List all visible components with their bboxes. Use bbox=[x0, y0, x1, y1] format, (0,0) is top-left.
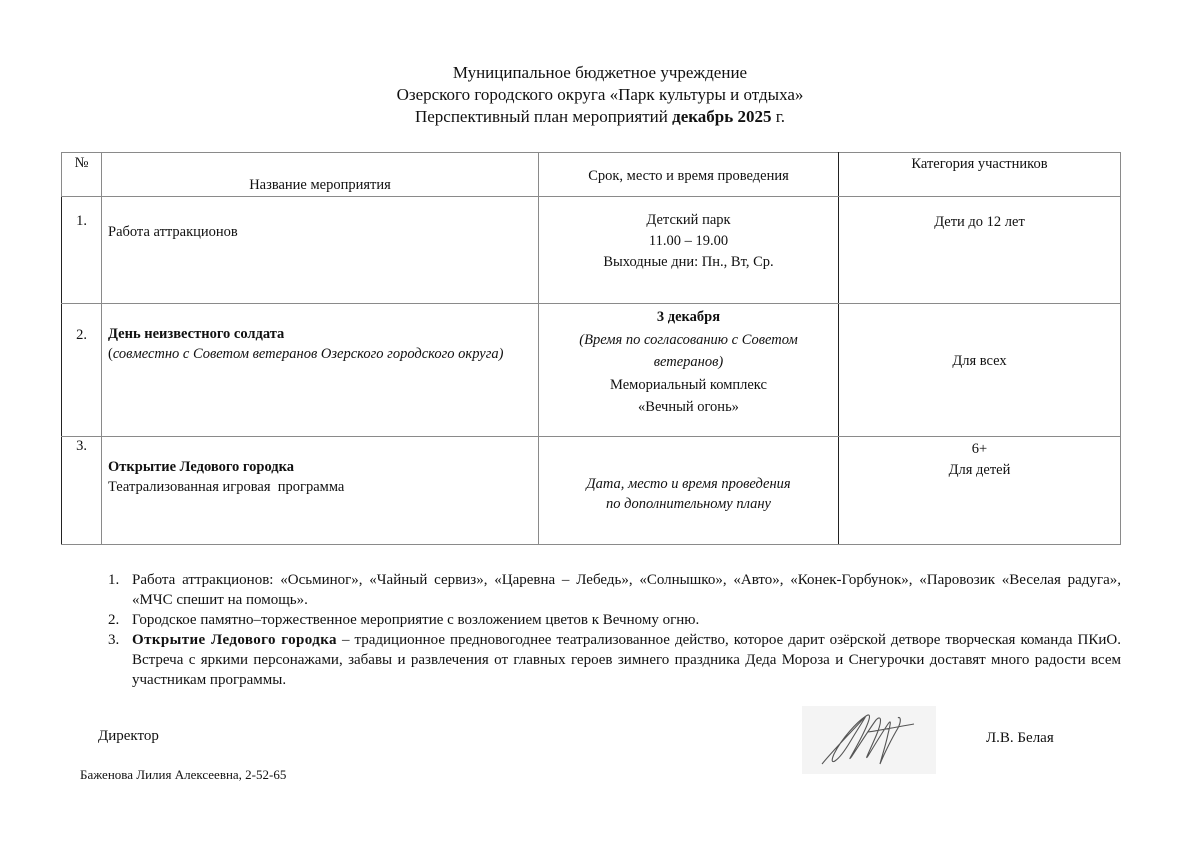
event-category: Для всех bbox=[839, 304, 1120, 372]
title-prefix: Перспективный план мероприятий bbox=[415, 107, 672, 126]
event-place: Детский парк bbox=[545, 210, 832, 231]
row-category: 6+ Для детей bbox=[839, 437, 1121, 545]
director-name: Л.В. Белая bbox=[986, 730, 1054, 747]
event-name: День неизвестного солдата bbox=[108, 326, 284, 342]
title-line-2: Озерского городского округа «Парк культу… bbox=[0, 84, 1200, 106]
header-category-text: Категория участников bbox=[839, 153, 1120, 173]
event-time-note: (Время по согласованию с Советом ветеран… bbox=[559, 329, 818, 374]
row-date: Детский парк 11.00 – 19.00 Выходные дни:… bbox=[539, 197, 839, 304]
title-suffix: г. bbox=[771, 107, 785, 126]
note-item: 3. Открытие Ледового городка – традицион… bbox=[108, 630, 1121, 690]
row-category: Дети до 12 лет bbox=[839, 197, 1121, 304]
event-date: 3 декабря bbox=[657, 309, 720, 325]
row-num: 2. bbox=[62, 304, 102, 437]
row-num-text: 1. bbox=[62, 197, 101, 230]
table-row: 2. День неизвестного солдата (совместно … bbox=[62, 304, 1121, 437]
note-number: 3. bbox=[108, 630, 119, 650]
header-date: Срок, место и время проведения bbox=[539, 153, 839, 197]
row-num-text: 2. bbox=[62, 304, 101, 344]
note-text: Работа аттракционов: «Осьминог», «Чайный… bbox=[132, 572, 1121, 608]
row-num: 3. bbox=[62, 437, 102, 545]
event-time: 11.00 – 19.00 bbox=[545, 231, 832, 252]
header-name: Название мероприятия bbox=[102, 153, 539, 197]
row-name: День неизвестного солдата (совместно с С… bbox=[102, 304, 539, 437]
row-name: Открытие Ледового городка Театрализованн… bbox=[102, 437, 539, 545]
title-line-3: Перспективный план мероприятий декабрь 2… bbox=[0, 106, 1200, 128]
note-bold: Открытие Ледового городка bbox=[132, 632, 337, 648]
title-period: декабрь 2025 bbox=[672, 107, 771, 126]
event-place-name: «Вечный огонь» bbox=[559, 396, 818, 419]
events-table: № Название мероприятия Срок, место и вре… bbox=[61, 152, 1121, 545]
signature-image bbox=[802, 706, 936, 774]
header-num: № bbox=[62, 153, 102, 197]
event-note: совместно с Советом ветеранов Озерского … bbox=[113, 346, 504, 362]
table-row: 3. Открытие Ледового городка Театрализов… bbox=[62, 437, 1121, 545]
event-subtitle: Театрализованная игровая программа bbox=[108, 479, 344, 495]
header-date-text: Срок, место и время проведения bbox=[539, 153, 838, 185]
header-num-text: № bbox=[62, 153, 101, 172]
row-num: 1. bbox=[62, 197, 102, 304]
event-date-note: Дата, место и время проведения bbox=[545, 474, 832, 494]
contact-person: Баженова Лилия Алексеевна, 2-52-65 bbox=[80, 767, 286, 783]
event-place: Мемориальный комплекс bbox=[559, 374, 818, 397]
signature-icon bbox=[802, 706, 936, 774]
event-category: Для детей bbox=[845, 460, 1114, 481]
note-text: Городское памятно–торжественное мероприя… bbox=[132, 612, 699, 628]
row-num-text: 3. bbox=[62, 437, 101, 455]
event-category: Дети до 12 лет bbox=[839, 197, 1120, 233]
event-age-rating: 6+ bbox=[845, 439, 1114, 460]
event-name: Работа аттракционов bbox=[102, 197, 538, 243]
header-category: Категория участников bbox=[839, 153, 1121, 197]
row-date: 3 декабря (Время по согласованию с Совет… bbox=[539, 304, 839, 437]
event-name: Открытие Ледового городка bbox=[108, 459, 294, 475]
note-item: 1. Работа аттракционов: «Осьминог», «Чай… bbox=[108, 570, 1121, 610]
row-date: Дата, место и время проведения по дополн… bbox=[539, 437, 839, 545]
director-title: Директор bbox=[98, 728, 159, 745]
table-header-row: № Название мероприятия Срок, место и вре… bbox=[62, 153, 1121, 197]
table-row: 1. Работа аттракционов Детский парк 11.0… bbox=[62, 197, 1121, 304]
note-number: 1. bbox=[108, 570, 119, 590]
event-days-off: Выходные дни: Пн., Вт, Ср. bbox=[545, 252, 832, 273]
note-number: 2. bbox=[108, 610, 119, 630]
title-line-1: Муниципальное бюджетное учреждение bbox=[0, 62, 1200, 84]
document-title: Муниципальное бюджетное учреждение Озерс… bbox=[0, 62, 1200, 128]
row-name: Работа аттракционов bbox=[102, 197, 539, 304]
row-category: Для всех bbox=[839, 304, 1121, 437]
header-name-text: Название мероприятия bbox=[102, 153, 538, 194]
note-item: 2. Городское памятно–торжественное мероп… bbox=[108, 610, 1121, 630]
notes-list: 1. Работа аттракционов: «Осьминог», «Чай… bbox=[108, 570, 1121, 690]
event-date-note-2: по дополнительному плану bbox=[545, 494, 832, 514]
